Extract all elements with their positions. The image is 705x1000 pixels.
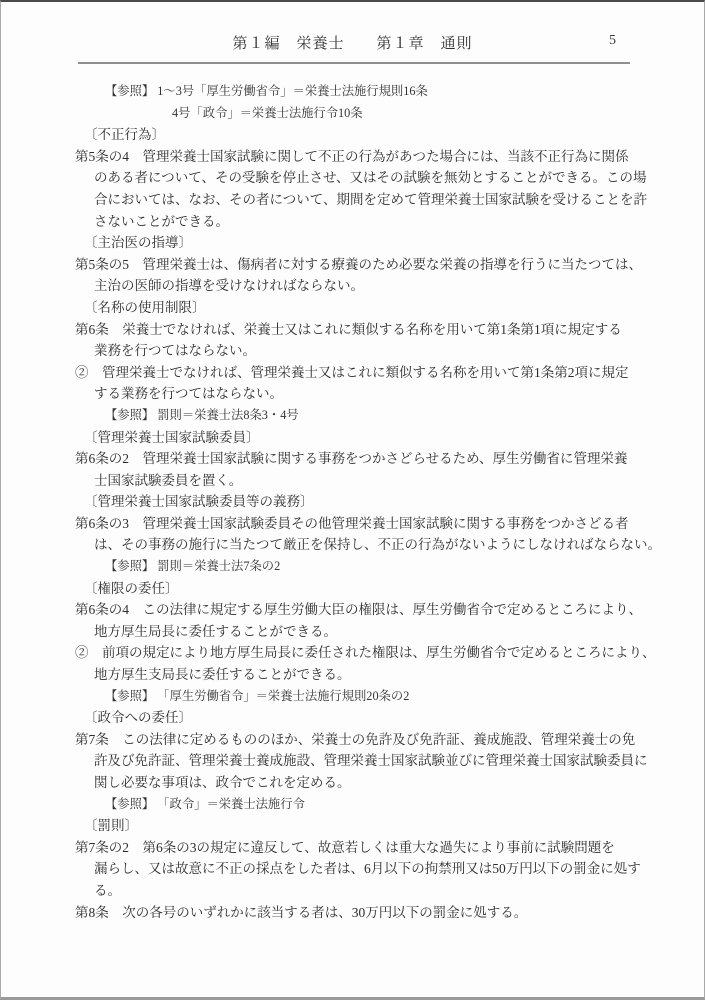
text-line-cont: 関し必要な事項は、政令でこれを定める。 xyxy=(75,772,670,794)
text-line-article: 第6条の4 この法律に規定する厚生労働大臣の権限は、厚生労働省令で定めるところに… xyxy=(75,599,670,621)
text-line-ref: 【参照】 罰則＝栄養士法7条の2 xyxy=(75,556,670,578)
text-line-cont: 士国家試験委員を置く。 xyxy=(75,470,670,492)
text-line-cont: 業務を行つてはならない。 xyxy=(75,340,670,362)
text-line-ref: 【参照】 「政令」＝栄養士法施行令 xyxy=(75,794,670,816)
text-line-article: 第5条の5 管理栄養士は、傷病者に対する療養のため必要な栄養の指導を行うに当たつ… xyxy=(75,254,670,276)
text-line-heading: 〔名称の使用制限〕 xyxy=(75,297,670,319)
text-line-heading: 〔主治医の指導〕 xyxy=(75,232,670,254)
page-header: 第１編 栄養士 第１章 通則 5 xyxy=(1,32,704,56)
text-line-cont: 許及び免許証、管理栄養士養成施設、管理栄養士国家試験並びに管理栄養士国家試験委員… xyxy=(75,750,670,772)
text-line-article: ② 管理栄養士でなければ、管理栄養士又はこれに類似する名称を用いて第1条第2項に… xyxy=(75,362,670,384)
text-line-article: 第6条の2 管理栄養士国家試験に関する事務をつかさどらせるため、厚生労働省に管理… xyxy=(75,448,670,470)
text-line-cont: る。 xyxy=(75,880,670,902)
text-line-heading: 〔権限の委任〕 xyxy=(75,578,670,600)
text-line-cont: は、その事務の施行に当たつて厳正を保持し、不正の行為がないようにしなければならな… xyxy=(75,534,670,556)
text-line-cont: 主治の医師の指導を受けなければならない。 xyxy=(75,275,670,297)
text-line-heading: 〔不正行為〕 xyxy=(75,124,670,146)
text-line-cont: 地方厚生局長に委任することができる。 xyxy=(75,621,670,643)
text-line-cont: 漏らし、又は故意に不正の採点をした者は、6月以下の拘禁刑又は50万円以下の罰金に… xyxy=(75,858,670,880)
text-line-ref: 【参照】 罰則＝栄養士法8条3・4号 xyxy=(75,405,670,427)
text-line-article: 第6条 栄養士でなければ、栄養士又はこれに類似する名称を用いて第1条第1項に規定… xyxy=(75,319,670,341)
document-body: 【参照】 1～3号「厚生労働省令」＝栄養士法施行規則16条4号「政令」＝栄養士法… xyxy=(75,81,670,923)
text-line-article: 第5条の4 管理栄養士国家試験に関して不正の行為があつた場合には、当該不正行為に… xyxy=(75,146,670,168)
text-line-article: 第7条の2 第6条の3の規定に違反して、故意若しくは重大な過失により事前に試験問… xyxy=(75,837,670,859)
text-line-ref: 【参照】 「厚生労働省令」＝栄養士法施行規則20条の2 xyxy=(75,686,670,708)
header-title: 第１編 栄養士 第１章 通則 xyxy=(1,32,704,53)
page-number: 5 xyxy=(609,33,616,49)
text-line-heading: 〔政令への委任〕 xyxy=(75,707,670,729)
text-line-article: 第6条の3 管理栄養士国家試験委員その他管理栄養士国家試験に関する事務をつかさど… xyxy=(75,513,670,535)
text-line-cont: さないことができる。 xyxy=(75,211,670,233)
text-line-article: ② 前項の規定により地方厚生局長に委任された権限は、厚生労働省令で定めるところに… xyxy=(75,642,670,664)
text-line-article: 第8条 次の各号のいずれかに該当する者は、30万円以下の罰金に処する。 xyxy=(75,902,670,924)
text-line-heading: 〔管理栄養士国家試験委員等の義務〕 xyxy=(75,491,670,513)
text-line-heading: 〔罰則〕 xyxy=(75,815,670,837)
text-line-ref: 【参照】 1～3号「厚生労働省令」＝栄養士法施行規則16条 xyxy=(75,81,670,103)
text-line-heading: 〔管理栄養士国家試験委員〕 xyxy=(75,427,670,449)
text-line-ref2: 4号「政令」＝栄養士法施行令10条 xyxy=(75,103,670,125)
text-line-article: 第7条 この法律に定めるもののほか、栄養士の免許及び免許証、養成施設、管理栄養士… xyxy=(75,729,670,751)
text-line-cont: 地方厚生支局長に委任することができる。 xyxy=(75,664,670,686)
header-rule xyxy=(78,62,630,64)
text-line-cont: 合においては、なお、その者について、期間を定めて管理栄養士国家試験を受けることを… xyxy=(75,189,670,211)
book-page: 第１編 栄養士 第１章 通則 5 【参照】 1～3号「厚生労働省令」＝栄養士法施… xyxy=(0,0,705,1000)
text-line-cont: のある者について、その受験を停止させ、又はその試験を無効とすることができる。この… xyxy=(75,167,670,189)
text-line-cont: する業務を行つてはならない。 xyxy=(75,383,670,405)
